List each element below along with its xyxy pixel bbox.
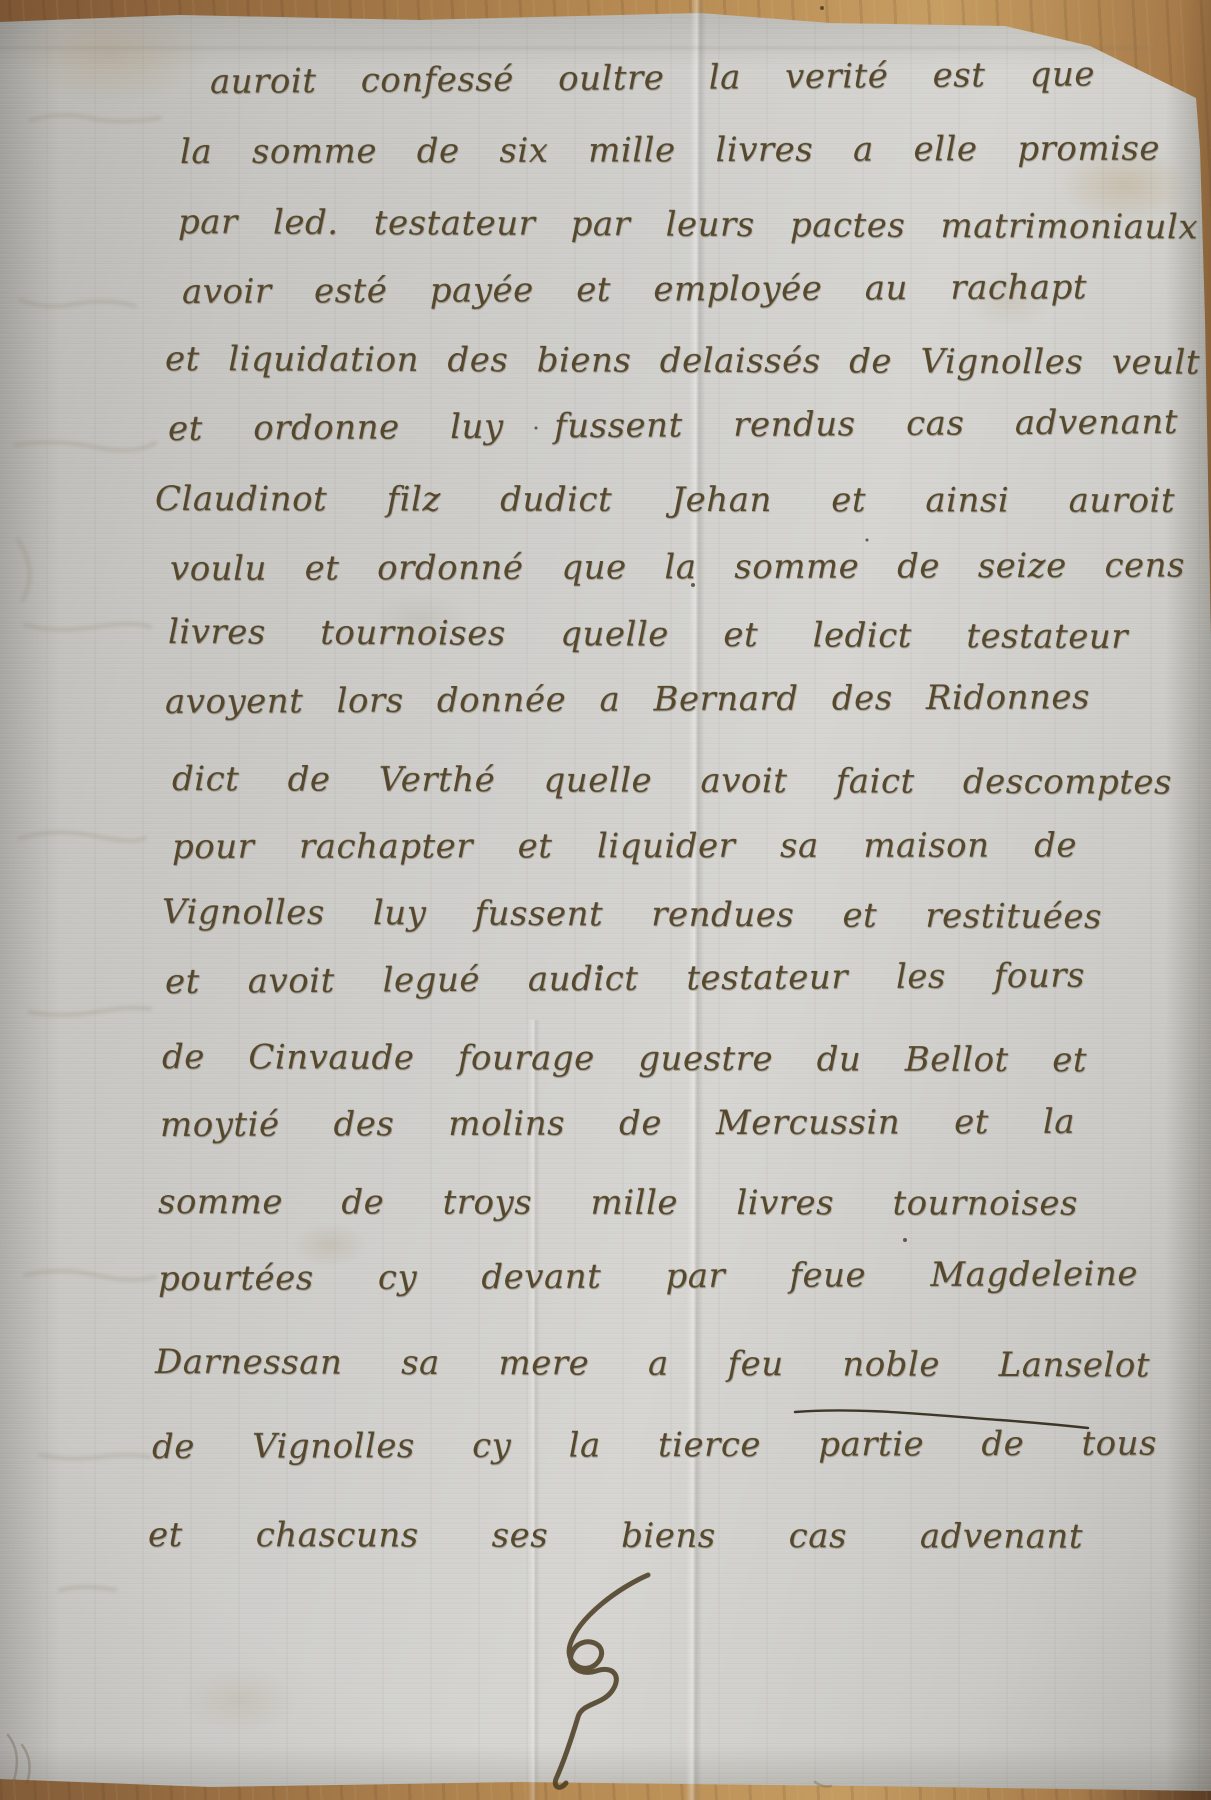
photo-vignette (0, 0, 1211, 1800)
manuscript-photo: auroit confessé oultre la verité est que… (0, 0, 1211, 1800)
